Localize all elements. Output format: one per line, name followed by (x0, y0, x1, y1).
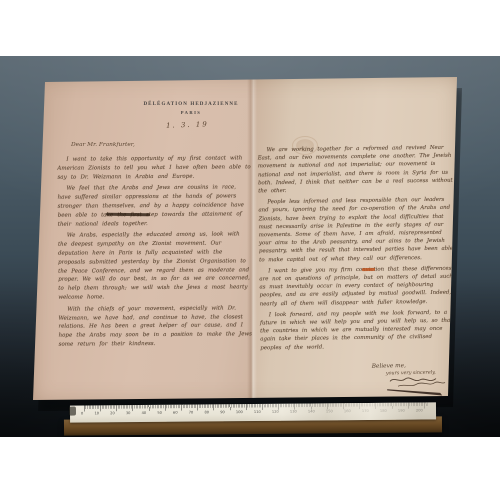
millimeter-ruler: 0102030405060708090100110120130140150160… (70, 402, 436, 422)
bottom-white-margin (0, 437, 500, 500)
top-white-margin (0, 0, 500, 56)
letter-paper: DÉLÉGATION HEDJAZIENNE PARIS 1. 3. 19 De… (30, 74, 462, 406)
screenshot-root: DÉLÉGATION HEDJAZIENNE PARIS 1. 3. 19 De… (0, 0, 500, 500)
paper-edge-shading (30, 74, 462, 406)
letter-photograph: DÉLÉGATION HEDJAZIENNE PARIS 1. 3. 19 De… (0, 56, 500, 437)
ruler-glare (70, 402, 436, 422)
